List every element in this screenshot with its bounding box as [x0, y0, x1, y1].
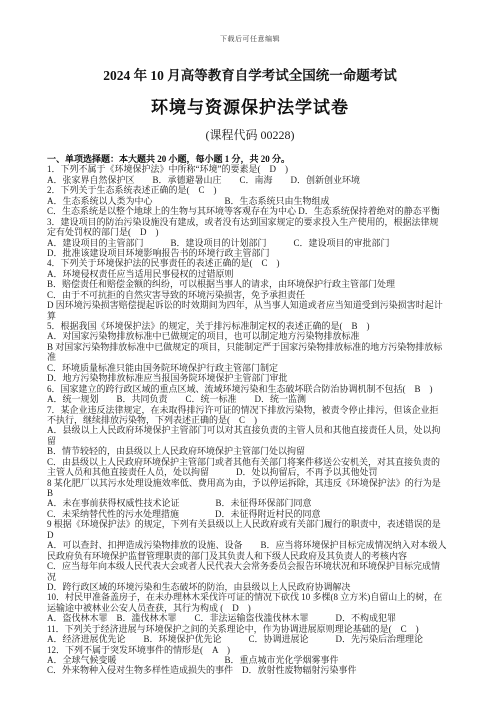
document-line: A．全球气候变暖 B．重点城市光化学烟雾事件 [47, 655, 470, 665]
question-text-block: 一、单项选择题：本大题共 20 小题，每小题 1 分，共 20 分。1．下列不属… [47, 154, 470, 676]
document-line: A．可以查封、扣押造成污染物排放的设施、设备 B．应当将环境保护目标完成情况纳入… [47, 540, 470, 550]
document-line: 民政府负有环境保护监督管理职责的部门及其负责人和下级人民政府及其负责人的考核内容 [47, 551, 470, 561]
exam-session-title: 2024 年 10 月高等教育自学考试全国统一命题考试 [0, 64, 500, 84]
document-line: 况 [47, 572, 470, 582]
document-line: A．统一规划 B．共同负责 C．统一标准 D．统一监测 [47, 394, 470, 404]
exam-subject-title: 环境与资源保护法学试卷 [0, 93, 500, 118]
document-line: A．县级以上人民政府环境保护主管部门可以对其直接负责的主管人员和其他直接责任人员… [47, 425, 470, 435]
document-line: C．生态系统是以整个地球上的生物与其环境等客观存在为中心 D．生态系统保持着绝对… [47, 206, 470, 216]
document-line: 5．根据我国《环境保护法》的规定，关于排污标准制定权的表述正确的是( B ) [47, 321, 470, 331]
document-line: B．赔偿责任和赔偿金额的纠纷，可以根据当事人的请求，由环境保护行政主管部门处理 [47, 279, 470, 289]
document-line: 1．下列不属于《环境保护法》中所称“环境”的要素是( D ) [47, 164, 470, 174]
document-line: C．由于不可抗拒的自然灾害导致的环境污染损害，免予承担责任 [47, 290, 470, 300]
document-line: 9 根据《环境保护法》的规定，下列有关县级以上人民政府或有关部门履行的职责中，表… [47, 519, 470, 529]
document-line: A．对国家污染物排放标准中已做规定的项目，也可以制定地方污染物排放标准 [47, 331, 470, 341]
document-line: D [47, 530, 470, 540]
document-line: D．地方污染物排放标准应当报国务院环境保护主管部门审批 [47, 373, 470, 383]
document-line: C．环境质量标准只能由国务院环境保护行政主管部门制定 [47, 363, 470, 373]
document-line: D 因环境污染损害赔偿提起诉讼的时效期间为四年，从当事人知道或者应当知道受到污染… [47, 300, 470, 310]
document-line: 11．下列关于经济进展与环境保护之间的关系理论中，作为协调进展原则理论基础的是(… [47, 624, 470, 634]
document-line: 3．建设项目的防治污染设施没有建成，或者没有达到国家规定的要求投入生产使用的，根… [47, 217, 470, 227]
document-line: 算 [47, 311, 470, 321]
document-line: 一、单项选择题：本大题共 20 小题，每小题 1 分，共 20 分。 [47, 154, 470, 164]
document-line: D．跨行政区域的环境污染和生态破坏的防治，由县级以上人民政府协调解决 [47, 582, 470, 592]
exam-paper-page: 下载后可任意编辑 2024 年 10 月高等教育自学考试全国统一命题考试 环境与… [0, 0, 500, 707]
document-line: C．应当每年向本级人民代表大会或者人民代表大会常务委员会报告环境状况和环境保护目… [47, 561, 470, 571]
document-line: 不执行，继续排放污染物，下列表述正确的是( C ) [47, 415, 470, 425]
document-line: 4．下列关于环境保护法的民事责任的表述正确的是( C ) [47, 258, 470, 268]
document-line: 准 [47, 352, 470, 362]
document-line: A．盗伐林木罪 B．滥伐林木罪 C．非法运输盗伐滥伐林木罪 D．不构成犯罪 [47, 613, 470, 623]
document-line: A．生态系统以人类为中心 B．生态系统只由生物组成 [47, 196, 470, 206]
document-line: A．未在事前获得权威性技术论证 B．未征得环保部门同意 [47, 498, 470, 508]
document-line: 6．国家建立的跨行政区域的重点区域、流域环境污染和生态破坏联合防治协调机制不包括… [47, 384, 470, 394]
document-line: B 对国家污染物排放标准中已做规定的项目，只能制定严于国家污染物排放标准的地方污… [47, 342, 470, 352]
document-line: B [47, 488, 470, 498]
document-line: 运输途中被林业公安人员查获，其行为构成 ( D ) [47, 603, 470, 613]
document-line: 留 [47, 436, 470, 446]
document-line: A．建设项目的主管部门 B．建设项目的计划部门 C．建设项目的审批部门 [47, 238, 470, 248]
document-line: 主管人员和其他直接责任人员，处以拘留 D．处以拘留后，不再予以其他处罚 [47, 467, 470, 477]
document-line: C．未采纳替代性的污水处理措施 D．未征得附近村民的同意 [47, 509, 470, 519]
document-line: A．张家界自然保护区 B．承德避暑山庄 C．南海 D．创新创业环境 [47, 175, 470, 185]
document-line: 12．下列不属于突发环境事件的情形是( A ) [47, 645, 470, 655]
document-line: 10．村民甲准备盖房子，在未办理林木采伐许可证的情况下砍伐 10 多棵(8 立方… [47, 592, 470, 602]
document-line: 2．下列关于生态系统表述正确的是( C ) [47, 185, 470, 195]
document-line: C．外来物种入侵对生物多样性造成损失的事件 D．放射性废物辐射污染事件 [47, 665, 470, 675]
document-line: A．经济进展优先论 B．环境保护优先论 C．协调进展论 D．先污染后治理理论 [47, 634, 470, 644]
document-line: A．环境侵权责任应当适用民事侵权的过错原则 [47, 269, 470, 279]
document-line: C．由县级以上人民政府环境保护主管部门或者其他有关部门将案件移送公安机关，对其直… [47, 457, 470, 467]
course-code: (课程代码 00228) [0, 126, 500, 143]
document-line: D．批准该建设项目环境影响报告书的环境行政主管部门 [47, 248, 470, 258]
document-line: 8 某化肥厂以其污水处理设施效率低、费用高为由，予以停运拆除，其违反《环境保护法… [47, 478, 470, 488]
document-line: B．情节较轻的，由县级以上人民政府环境保护主管部门处以拘留 [47, 446, 470, 456]
document-line: 定有处罚权的部门是( D ) [47, 227, 470, 237]
watermark-text: 下载后可任意编辑 [0, 0, 500, 44]
document-line: 7．某企业违反法律规定，在未取得排污许可证的情况下排放污染物，被责令停止排污，但… [47, 405, 470, 415]
